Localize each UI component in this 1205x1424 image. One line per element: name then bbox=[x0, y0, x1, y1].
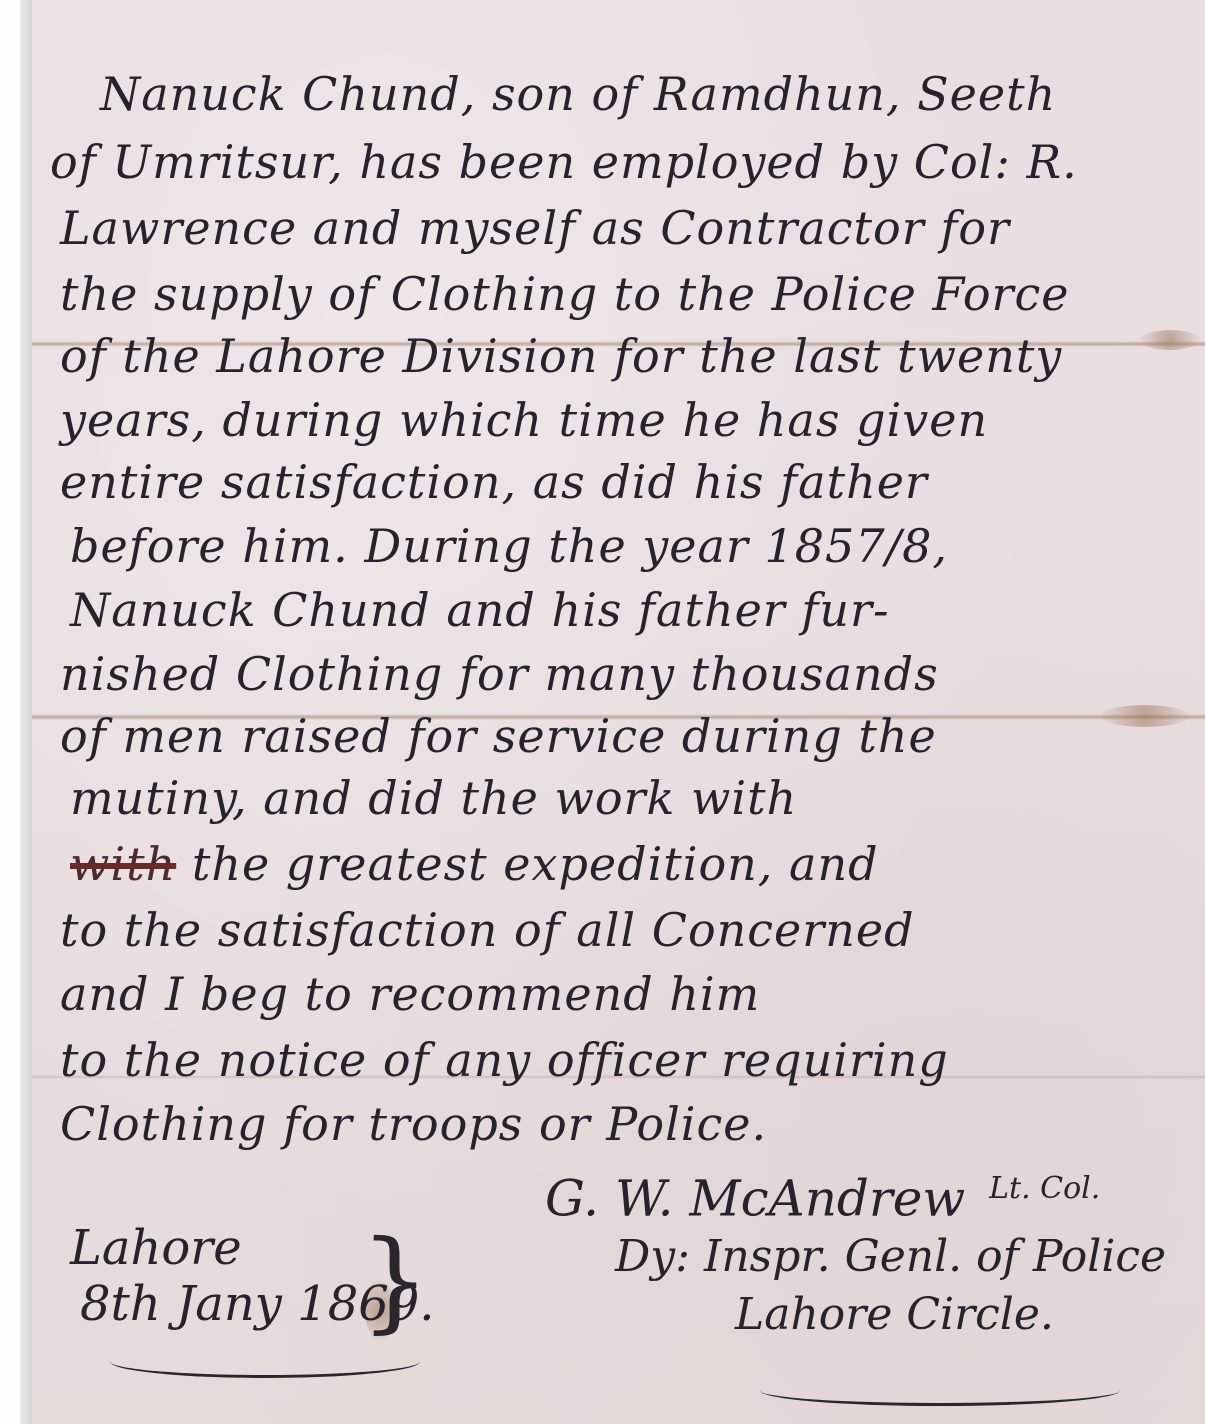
signature-block: G. W. McAndrew Lt. Col. Dy: Inspr. Genl.… bbox=[545, 1160, 1166, 1344]
body-line: of Umritsur, has been employed by Col: R… bbox=[50, 132, 1078, 192]
body-line: years, during which time he has given bbox=[60, 390, 988, 450]
underline-flourish bbox=[760, 1375, 1120, 1406]
body-line: of men raised for service during the bbox=[60, 706, 937, 766]
body-line: before him. During the year 1857/8, bbox=[70, 516, 948, 576]
body-line: of the Lahore Division for the last twen… bbox=[60, 326, 1062, 386]
body-line: Nanuck Chund, son of Ramdhun, Seeth bbox=[100, 64, 1056, 124]
body-line: nished Clothing for many thousands bbox=[60, 644, 939, 704]
page-edge bbox=[20, 0, 32, 1424]
body-line: to the satisfaction of all Concerned bbox=[60, 900, 915, 960]
body-line-text: the greatest expedition, and bbox=[192, 837, 879, 891]
body-line: Nanuck Chund and his father fur- bbox=[70, 580, 890, 640]
scan-margin bbox=[0, 0, 20, 1424]
body-line: Lawrence and myself as Contractor for bbox=[60, 198, 1010, 258]
signature-title: Dy: Inspr. Genl. of Police bbox=[615, 1228, 1166, 1286]
body-line: mutiny, and did the work with bbox=[70, 768, 797, 828]
signature-name: G. W. McAndrew bbox=[545, 1170, 965, 1228]
place: Lahore bbox=[70, 1220, 242, 1276]
body-line: to the notice of any officer requiring bbox=[60, 1030, 949, 1090]
signature-rank: Lt. Col. bbox=[989, 1171, 1100, 1206]
ink-stain bbox=[1100, 705, 1190, 727]
body-line: with the greatest expedition, and bbox=[70, 834, 879, 894]
signature: G. W. McAndrew Lt. Col. bbox=[545, 1160, 1166, 1228]
signature-circle: Lahore Circle. bbox=[735, 1286, 1166, 1344]
brace-flourish: } bbox=[360, 1225, 430, 1335]
body-line: Clothing for troops or Police. bbox=[60, 1094, 767, 1154]
underline-flourish bbox=[110, 1345, 420, 1378]
ink-stain bbox=[1140, 330, 1200, 350]
struck-word: with bbox=[70, 837, 176, 891]
body-line: entire satisfaction, as did his father bbox=[60, 452, 928, 512]
body-line: and I beg to recommend him bbox=[60, 964, 760, 1024]
body-line: the supply of Clothing to the Police For… bbox=[60, 264, 1070, 324]
